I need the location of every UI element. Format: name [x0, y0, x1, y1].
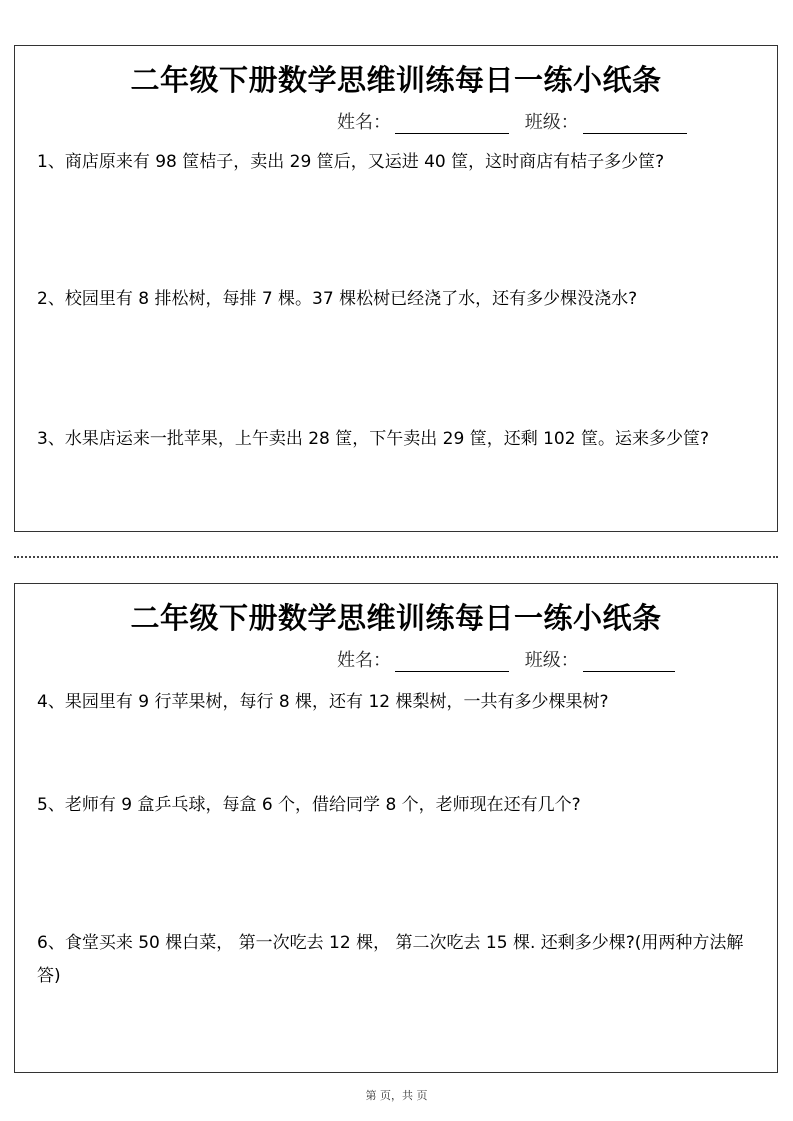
worksheet-card-2: 二年级下册数学思维训练每日一练小纸条 姓名： 班级： 4、果园里有 9 行苹果树…: [14, 583, 778, 1073]
class-label: 班级：: [525, 112, 579, 133]
question-6: 6、食堂买来 50 棵白菜， 第一次吃去 12 棵， 第二次吃去 15 棵. 还…: [37, 927, 759, 993]
class-label: 班级：: [525, 650, 579, 671]
question-2: 2、校园里有 8 排松树，每排 7 棵。37 棵松树已经浇了水，还有多少棵没浇水…: [37, 283, 759, 316]
name-field[interactable]: [395, 115, 509, 134]
worksheet-card-1: 二年级下册数学思维训练每日一练小纸条 姓名： 班级： 1、商店原来有 98 筐桔…: [14, 45, 778, 532]
class-field[interactable]: [583, 115, 687, 134]
worksheet-title: 二年级下册数学思维训练每日一练小纸条: [15, 598, 777, 638]
question-3: 3、水果店运来一批苹果，上午卖出 28 筐，下午卖出 29 筐，还剩 102 筐…: [37, 423, 759, 456]
name-class-row: 姓名： 班级：: [337, 108, 697, 134]
question-4: 4、果园里有 9 行苹果树，每行 8 棵，还有 12 棵梨树，一共有多少棵果树?: [37, 686, 759, 719]
name-label: 姓名：: [337, 650, 391, 671]
name-field[interactable]: [395, 653, 509, 672]
cut-line-divider: [14, 556, 778, 558]
worksheet-title: 二年级下册数学思维训练每日一练小纸条: [15, 60, 777, 100]
question-1: 1、商店原来有 98 筐桔子，卖出 29 筐后，又运进 40 筐，这时商店有桔子…: [37, 146, 759, 179]
name-label: 姓名：: [337, 112, 391, 133]
question-5: 5、老师有 9 盒乒乓球，每盒 6 个，借给同学 8 个，老师现在还有几个?: [37, 789, 759, 822]
page-footer: 第 页，共 页: [0, 1087, 793, 1103]
class-field[interactable]: [583, 653, 675, 672]
name-class-row: 姓名： 班级：: [337, 646, 685, 672]
